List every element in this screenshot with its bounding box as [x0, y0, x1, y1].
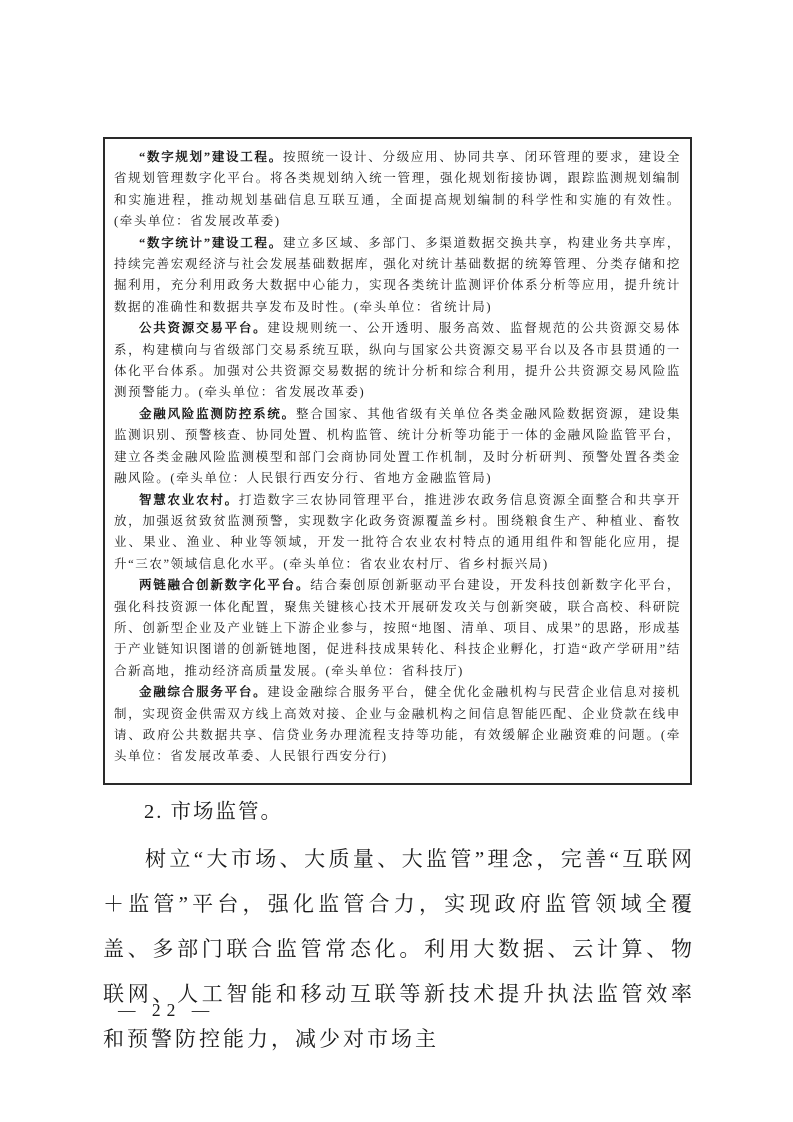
box-paragraph-smart-agriculture: 智慧农业农村。打造数字三农协同管理平台，推进涉农政务信息资源全面整合和共享开放，…	[114, 490, 681, 576]
paragraph-lead: 两链融合创新数字化平台。	[139, 578, 310, 592]
paragraph-body: 结合秦创原创新驱动平台建设，开发科技创新数字化平台，强化科技资源一体化配置，聚焦…	[114, 578, 681, 678]
section-paragraph: 树立“大市场、大质量、大监管”理念，完善“互联网＋监管”平台，强化监管合力，实现…	[103, 837, 695, 1062]
document-page: “数字规划”建设工程。按照统一设计、分级应用、协同共享、闭环管理的要求，建设全省…	[0, 0, 793, 1122]
market-regulation-section: 2. 市场监管。 树立“大市场、大质量、大监管”理念，完善“互联网＋监管”平台，…	[103, 795, 695, 1062]
paragraph-lead: “数字规划”建设工程。	[139, 150, 283, 164]
box-paragraph-financial-risk-system: 金融风险监测防控系统。整合国家、其他省级有关单位各类金融风险数据资源，建设集监测…	[114, 404, 681, 490]
paragraph-lead: 金融综合服务平台。	[139, 685, 267, 699]
box-paragraph-digital-planning: “数字规划”建设工程。按照统一设计、分级应用、协同共享、闭环管理的要求，建设全省…	[114, 147, 681, 233]
box-paragraph-digital-statistics: “数字统计”建设工程。建立多区域、多部门、多渠道数据交换共享，构建业务共享库，持…	[114, 233, 681, 319]
annex-detail-box: “数字规划”建设工程。按照统一设计、分级应用、协同共享、闭环管理的要求，建设全省…	[103, 137, 692, 785]
paragraph-lead: 金融风险监测防控系统。	[139, 407, 296, 421]
paragraph-lead: 智慧农业农村。	[139, 493, 239, 507]
box-paragraph-public-resource-trading: 公共资源交易平台。建设规则统一、公开透明、服务高效、监督规范的公共资源交易体系，…	[114, 318, 681, 404]
box-paragraph-two-chain-platform: 两链融合创新数字化平台。结合秦创原创新驱动平台建设，开发科技创新数字化平台，强化…	[114, 575, 681, 682]
paragraph-lead: “数字统计”建设工程。	[139, 236, 283, 250]
box-paragraph-financial-service-platform: 金融综合服务平台。建设金融综合服务平台，健全优化金融机构与民营企业信息对接机制，…	[114, 682, 681, 768]
page-number: — 22 —	[118, 1000, 215, 1021]
paragraph-lead: 公共资源交易平台。	[139, 321, 267, 335]
section-heading: 2. 市场监管。	[103, 795, 695, 829]
